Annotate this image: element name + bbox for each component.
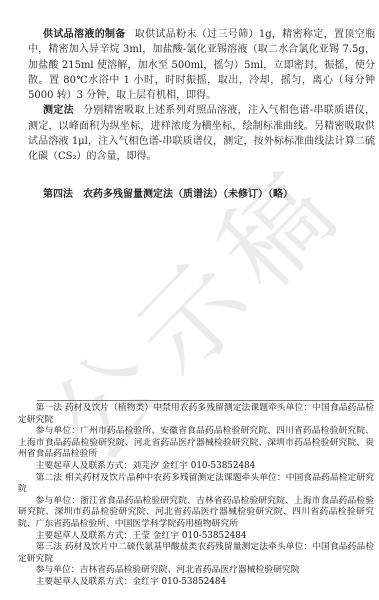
footnote-separator-line [37,400,374,401]
paragraph-sample-preparation: 供试品溶液的制备取供试品粉末（过三号筛）1g，精密称定，置顶空瓶中，精密加入异辛… [28,27,375,103]
paragraph-lead-sample-preparation: 供试品溶液的制备 [43,29,126,40]
footnote-method3-drafters: 主要起草人及联系方式：金红宇 010-53852484 [18,577,374,589]
footnote-method2-drafters: 主要起草人及联系方式：王莹 金红宇 010-53852484 [18,531,374,543]
document-page: 公示稿 供试品溶液的制备取供试品粉末（过三号筛）1g，精密称定，置顶空瓶中，精密… [0,0,379,600]
footnote-method1-participants: 参与单位：广州市药品检验所、安徽省食品药品检验研究院、四川省药品检验研究院、上海… [18,426,374,461]
footnotes-block: 第一法 药材及饮片（植物类）中禁用农药多残留测定法课题牵头单位：中国食品药品检定… [18,403,374,589]
paragraph-assay-method: 测定法分别精密吸取上述系列对照品溶液，注入气相色谱-串联质谱仪，测定，以峰面积为… [28,103,375,164]
footnote-method2-participants: 参与单位：浙江省食品药品检验研究院、吉林省药品检验研究院、上海市食品药品检验研究… [18,496,374,531]
paragraph-lead-assay-method: 测定法 [43,105,74,116]
footnote-method1-lead-unit: 第一法 药材及饮片（植物类）中禁用农药多残留测定法课题牵头单位：中国食品药品检定… [18,403,374,426]
footnote-method3-participants: 参与单位：吉林省药品检验研究院、河北省药品医疗器械检验研究院 [18,565,374,577]
footnote-method2-lead-unit: 第二法 相关药材及饮片品种中农药多残留测定法课题牵头单位：中国食品药品检定研究院 [18,473,374,496]
paragraph-text-assay-method: 分别精密吸取上述系列对照品溶液，注入气相色谱-串联质谱仪，测定，以峰面积为纵坐标… [28,105,375,162]
footnote-method3-lead-unit: 第三法 药材及饮片中二硫代氨基甲酸盐类农药残留量测定法牵头单位：中国食品药品检定… [18,542,374,565]
footnote-method1-drafters: 主要起草人及联系方式：刘芫汐 金红宇 010-53852484 [18,461,374,473]
section-heading-method-four: 第四法 农药多残留量测定法（质谱法）（未修订）（略） [28,187,375,202]
main-text-block: 供试品溶液的制备取供试品粉末（过三号筛）1g，精密称定，置顶空瓶中，精密加入异辛… [28,27,375,202]
